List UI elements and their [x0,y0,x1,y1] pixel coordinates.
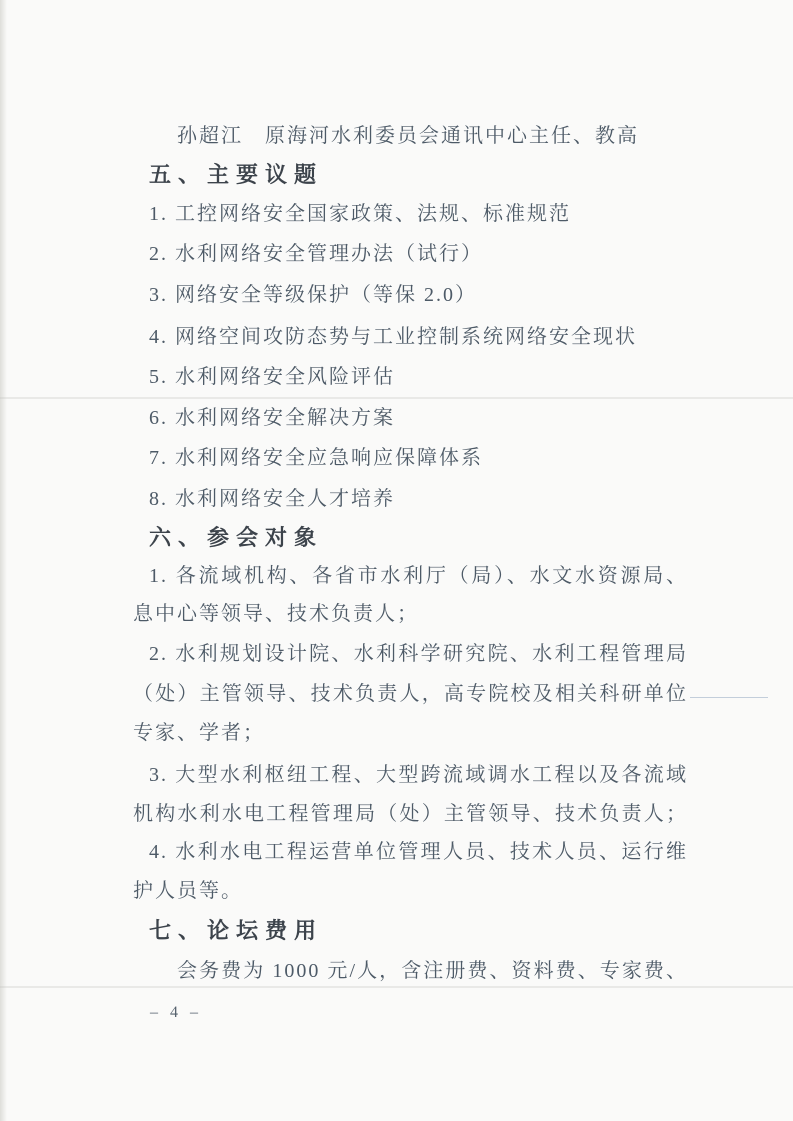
agenda-item: 8. 水利网络安全人才培养 [133,479,688,519]
scan-edge-shadow [0,0,7,1121]
agenda-item: 1. 工控网络安全国家政策、法规、标准规范 [133,194,688,234]
agenda-item: 6. 水利网络安全解决方案 [133,398,688,438]
agenda-item: 4. 网络空间攻防态势与工业控制系统网络安全现状 [133,317,688,357]
document-page: 孙超江 原海河水利委员会通讯中心主任、教高 五、主要议题 1. 工控网络安全国家… [0,0,793,1121]
agenda-item: 5. 水利网络安全风险评估 [133,357,688,397]
agenda-item: 7. 水利网络安全应急响应保障体系 [133,438,688,478]
section-heading-forum-fees: 七、论坛费用 [133,911,323,951]
participant-paragraph-line: 息中心等领导、技术负责人； [133,594,688,634]
page-number: – 4 – [150,998,202,1028]
participant-paragraph-line: 2. 水利规划设计院、水利科学研究院、水利工程管理局 [133,634,688,674]
participant-paragraph-line: 护人员等。 [133,871,688,911]
participant-paragraph-line: 专家、学者； [133,713,688,753]
fee-paragraph-line: 会务费为 1000 元/人，含注册费、资料费、专家费、场 [133,951,688,991]
agenda-item: 3. 网络安全等级保护（等保 2.0） [133,275,688,315]
participant-paragraph-line: 机构水利水电工程管理局（处）主管领导、技术负责人； [133,794,688,834]
participant-paragraph-line: 4. 水利水电工程运营单位管理人员、技术人员、运行维 [133,832,688,872]
scan-artifact-line [690,697,768,698]
section-heading-main-topics: 五、主要议题 [133,155,323,195]
section-heading-participants: 六、参会对象 [133,518,323,558]
speaker-credential-line: 孙超江 原海河水利委员会通讯中心主任、教高 [133,116,688,156]
agenda-item: 2. 水利网络安全管理办法（试行） [133,234,688,274]
participant-paragraph-line: 3. 大型水利枢纽工程、大型跨流域调水工程以及各流域 [133,755,688,795]
participant-paragraph-line: （处）主管领导、技术负责人，高专院校及相关科研单位的 [133,674,688,714]
participant-paragraph-line: 1. 各流域机构、各省市水利厅（局）、水文水资源局、信 [133,556,688,596]
